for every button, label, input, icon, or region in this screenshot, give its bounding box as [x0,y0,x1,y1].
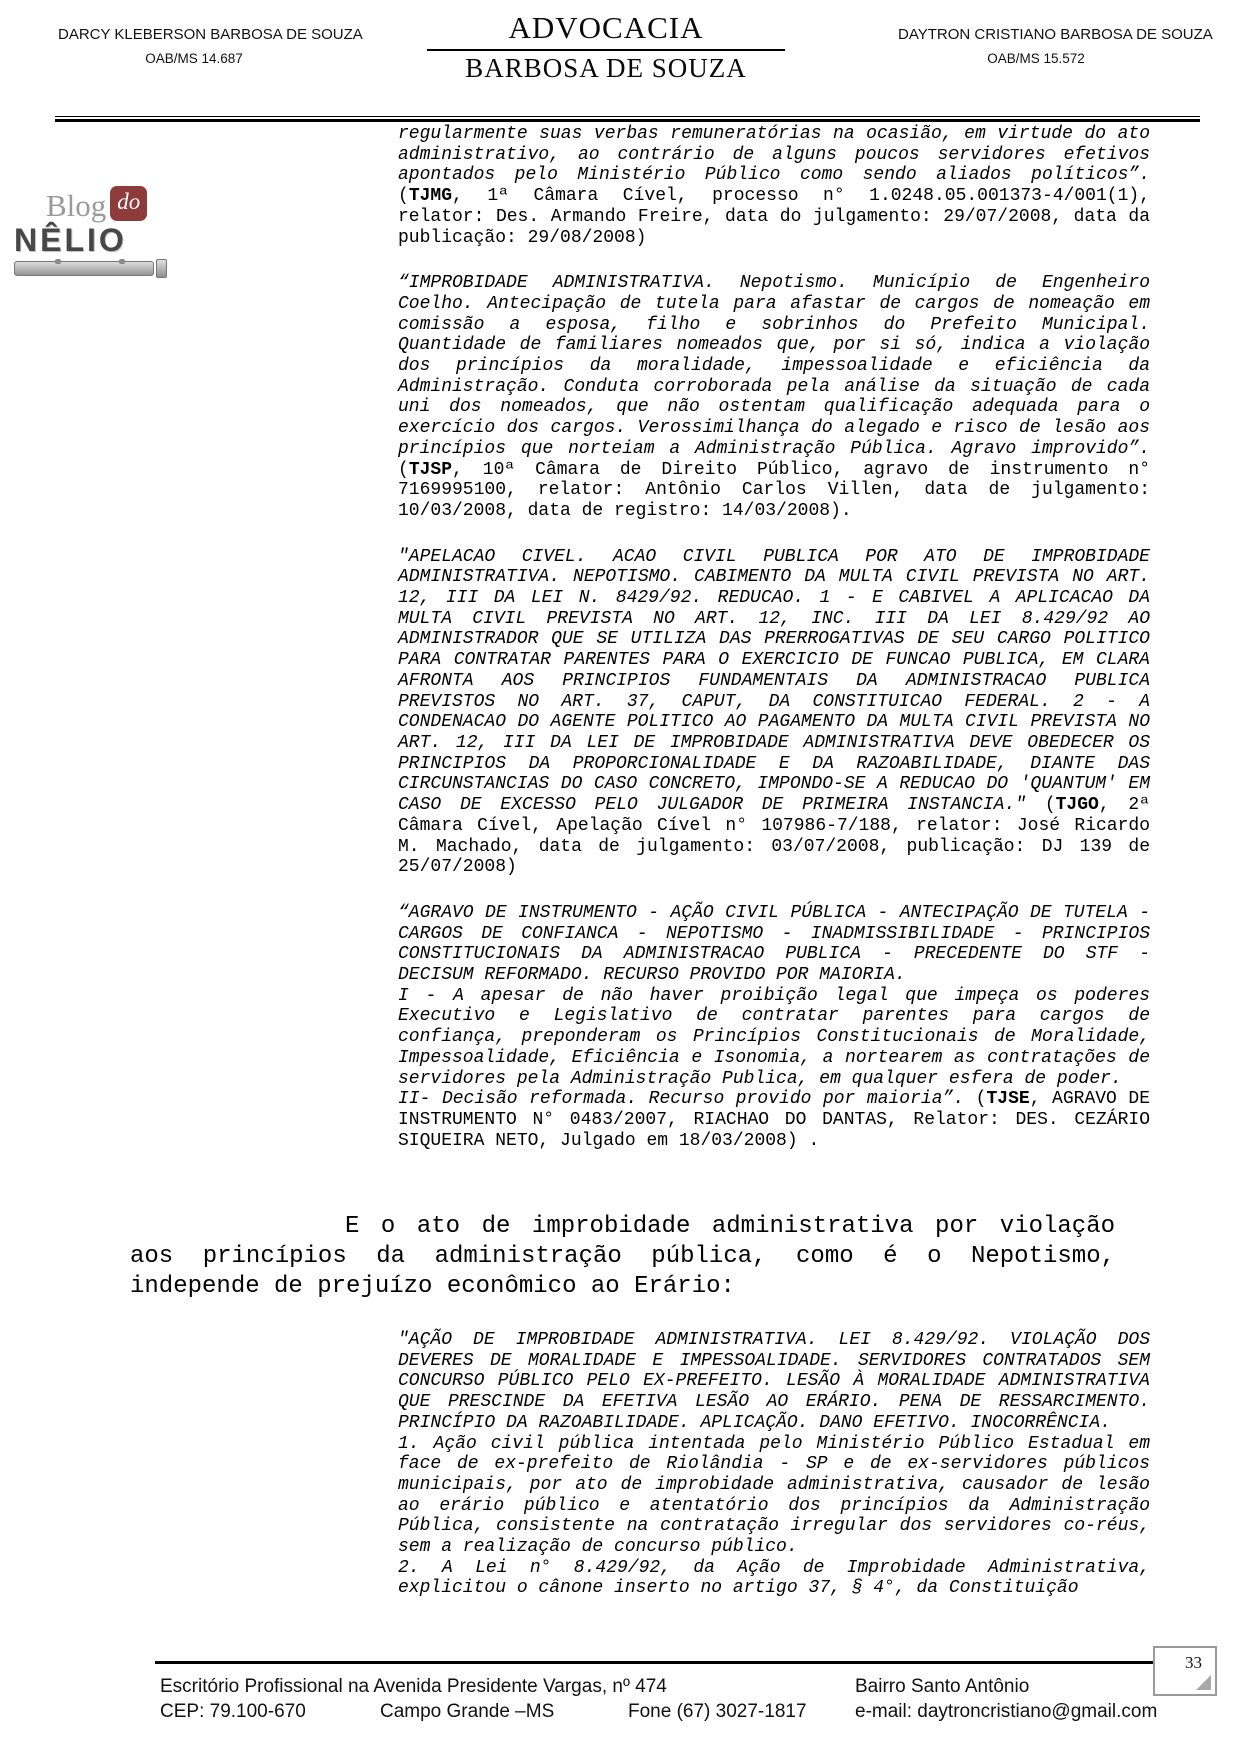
firm-divider [427,49,785,51]
quote-text: 2. A Lei n° 8.429/92, da Ação de Improbi… [398,1558,1150,1599]
quote-text: “IMPROBIDADE ADMINISTRATIVA. Nepotismo. … [398,273,1150,459]
quote-text: I - A apesar de não haver proibição lega… [398,986,1150,1089]
court-name: TJSP [409,460,452,480]
logo-bar-icon [14,261,154,276]
firm-header: ADVOCACIA BARBOSA DE SOUZA [420,10,792,84]
logo-screw-icon [119,259,125,264]
page-number-box: 33 [1153,1646,1217,1696]
quote-tjsp: “IMPROBIDADE ADMINISTRATIVA. Nepotismo. … [398,273,1150,521]
quote-text: "APELACAO CIVEL. ACAO CIVIL PUBLICA POR … [398,547,1150,815]
quote-text: 1. Ação civil pública intentada pelo Min… [398,1434,1150,1558]
citation-paren: ( [398,460,409,480]
citation-text: , 1ª Câmara Cível, processo n° 1.0248.05… [398,186,1150,247]
court-name: TJGO [1056,795,1099,815]
court-name: TJSE [986,1089,1029,1109]
quote-tjse: “AGRAVO DE INSTRUMENTO - AÇÃO CIVIL PÚBL… [398,903,1150,1151]
quotation-column: regularmente suas verbas remuneratórias … [398,124,1150,1176]
attorney-left-oab: OAB/MS 14.687 [58,51,330,67]
firm-subtitle: BARBOSA DE SOUZA [420,53,792,84]
footer-rule [155,1661,1155,1664]
logo-word-nelio: NÊLIO [14,224,174,256]
document-page: DARCY KLEBERSON BARBOSA DE SOUZA OAB/MS … [0,0,1240,1754]
header-rule [55,116,1200,122]
page-number: 33 [1185,1653,1202,1673]
logo-word-blog: Blog [46,190,106,221]
quote-text: "AÇÃO DE IMPROBIDADE ADMINISTRATIVA. LEI… [398,1330,1150,1433]
attorney-right: DAYTRON CRISTIANO BARBOSA DE SOUZA OAB/M… [898,26,1174,67]
quote-text: II- Decisão reformada. Recurso provido p… [398,1089,976,1109]
blog-do-nelio-logo: Blog do NÊLIO [14,186,174,276]
quote-tjgo: "APELACAO CIVEL. ACAO CIVIL PUBLICA POR … [398,547,1150,878]
citation-paren: ( [1045,795,1056,815]
page-fold-icon [1196,1675,1211,1690]
quote-text: regularmente suas verbas remuneratórias … [398,124,1150,185]
footer-address: Escritório Profissional na Avenida Presi… [160,1676,667,1698]
logo-screw-icon [55,259,61,264]
attorney-left-name: DARCY KLEBERSON BARBOSA DE SOUZA [58,26,330,43]
quote-riolandia: "AÇÃO DE IMPROBIDADE ADMINISTRATIVA. LEI… [398,1330,1150,1599]
citation-text: , 10ª Câmara de Direito Público, agravo … [398,460,1150,521]
footer-email: e-mail: daytroncristiano@gmail.com [855,1701,1157,1723]
citation-paren: ( [976,1089,987,1109]
quote-text: “AGRAVO DE INSTRUMENTO - AÇÃO CIVIL PÚBL… [398,903,1150,985]
logo-do-badge: do [110,186,147,221]
attorney-right-name: DAYTRON CRISTIANO BARBOSA DE SOUZA [898,26,1174,43]
quote-tjmg: regularmente suas verbas remuneratórias … [398,124,1150,248]
footer-city: Campo Grande –MS [380,1701,554,1723]
attorney-right-oab: OAB/MS 15.572 [898,51,1174,67]
citation-paren: ( [398,186,409,206]
firm-title: ADVOCACIA [420,10,792,46]
footer-phone: Fone (67) 3027-1817 [628,1701,807,1723]
footer-cep: CEP: 79.100-670 [160,1701,306,1723]
court-name: TJMG [409,186,452,206]
logo-top-row: Blog do [46,186,174,221]
footer-district: Bairro Santo Antônio [855,1676,1029,1698]
attorney-left: DARCY KLEBERSON BARBOSA DE SOUZA OAB/MS … [58,26,330,67]
logo-bar-end-cap [156,259,167,278]
body-paragraph: E o ato de improbidade administrativa po… [130,1212,1115,1302]
